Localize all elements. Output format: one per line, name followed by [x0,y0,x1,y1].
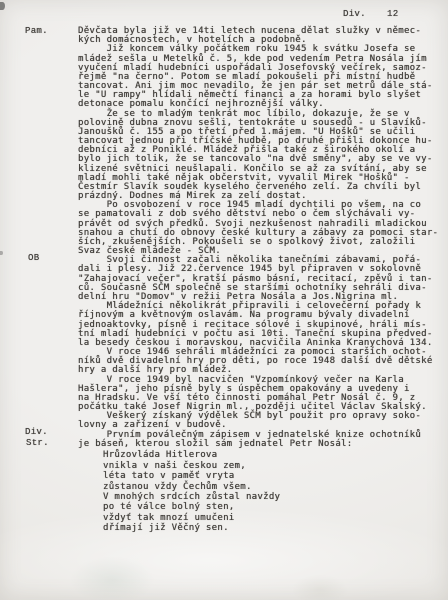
margin-note-ob: OB [28,253,39,263]
margin-note-str: Str. [26,438,49,448]
body-text: Děvčata byla již ve 14ti letech nucena d… [78,27,438,449]
scan-artifact-corner [0,2,5,10]
poem-stanza-2: V mnohých srdcích zůstal navždy po té vá… [103,492,280,534]
header-section-label: Div. [343,9,366,19]
poem-stanza-1: Hrůzovláda Hitlerova vnikla v naši česko… [103,450,252,492]
scanned-document-page: Div. 12 Pam. OB Div. Str. Děvčata byla j… [0,0,448,600]
scan-artifact-edge [0,251,3,255]
margin-note-div: Div. [25,427,48,437]
header-page-number: 12 [387,9,398,19]
margin-note-pam: Pam. [25,26,48,36]
